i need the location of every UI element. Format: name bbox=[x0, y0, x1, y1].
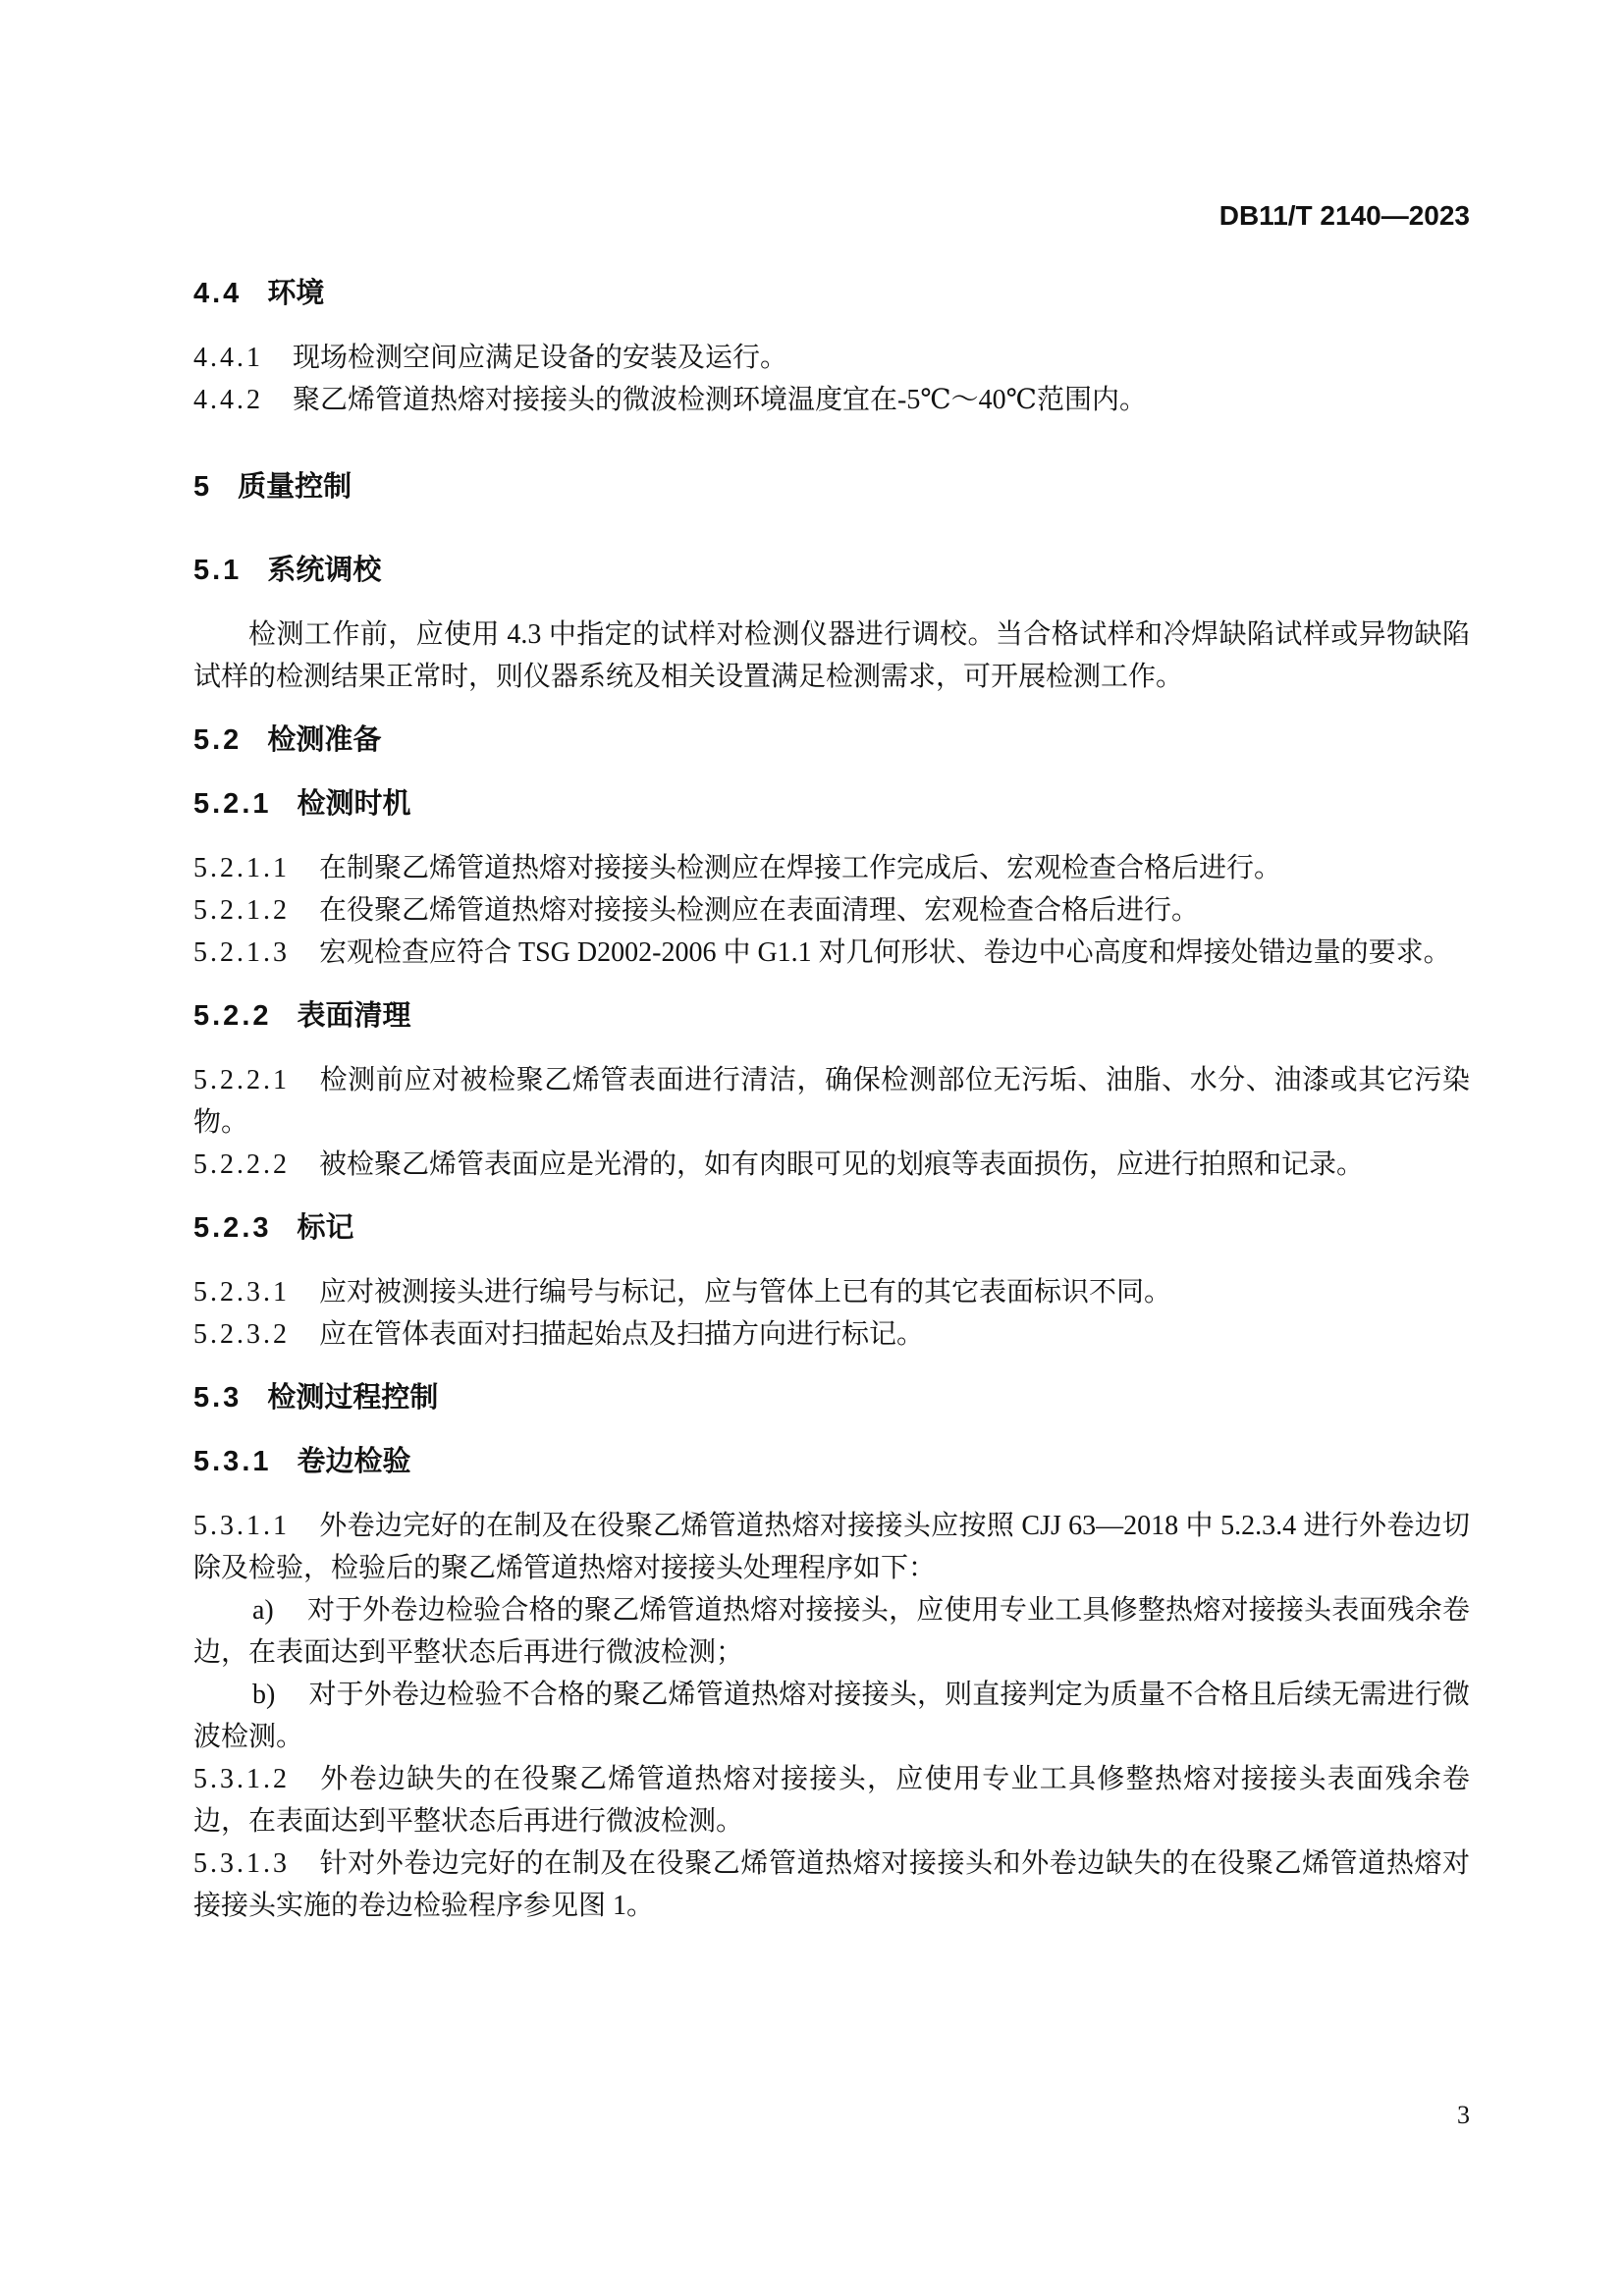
heading-5-3-1: 5.3.1卷边检验 bbox=[193, 1441, 1470, 1483]
clause-text: 在制聚乙烯管道热熔对接接头检测应在焊接工作完成后、宏观检查合格后进行。 bbox=[319, 853, 1281, 883]
clause-number: 4.4.2 bbox=[193, 385, 263, 415]
list-label: a) bbox=[252, 1595, 274, 1626]
document-page: DB11/T 2140—2023 4.4环境 4.4.1现场检测空间应满足设备的… bbox=[0, 0, 1624, 2296]
list-item-b: b)对于外卷边检验不合格的聚乙烯管道热熔对接接头，则直接判定为质量不合格且后续无… bbox=[193, 1674, 1470, 1758]
heading-4-4: 4.4环境 bbox=[193, 273, 1470, 315]
clause-text: 应对被测接头进行编号与标记，应与管体上已有的其它表面标识不同。 bbox=[319, 1277, 1171, 1308]
heading-5-2: 5.2检测准备 bbox=[193, 720, 1470, 762]
clause-number: 4.4.1 bbox=[193, 343, 263, 373]
heading-title: 检测时机 bbox=[298, 788, 411, 820]
heading-number: 5.1 bbox=[193, 555, 242, 586]
heading-title: 卷边检验 bbox=[298, 1446, 411, 1477]
clause-number: 5.3.1.1 bbox=[193, 1511, 290, 1541]
heading-number: 5.3.1 bbox=[193, 1446, 272, 1477]
clause-number: 5.2.1.2 bbox=[193, 895, 290, 926]
clause-4-4-2: 4.4.2聚乙烯管道热熔对接接头的微波检测环境温度宜在-5℃～40℃范围内。 bbox=[193, 379, 1470, 421]
clause-text: 现场检测空间应满足设备的安装及运行。 bbox=[293, 343, 787, 373]
clause-number: 5.2.1.3 bbox=[193, 937, 290, 968]
heading-number: 5.2 bbox=[193, 724, 242, 756]
heading-number: 5.2.1 bbox=[193, 788, 272, 820]
heading-number: 5.3 bbox=[193, 1382, 242, 1414]
heading-title: 检测过程控制 bbox=[267, 1382, 438, 1414]
heading-5-2-2: 5.2.2表面清理 bbox=[193, 995, 1470, 1038]
clause-text: 外卷边缺失的在役聚乙烯管道热熔对接接头，应使用专业工具修整热熔对接接头表面残余卷… bbox=[193, 1764, 1470, 1837]
heading-title: 表面清理 bbox=[298, 1000, 411, 1032]
page-header: DB11/T 2140—2023 bbox=[193, 201, 1470, 231]
clause-text: 检测前应对被检聚乙烯管表面进行清洁，确保检测部位无污垢、油脂、水分、油漆或其它污… bbox=[193, 1065, 1470, 1138]
doc-code: DB11/T 2140—2023 bbox=[1219, 200, 1470, 231]
clause-text: 聚乙烯管道热熔对接接头的微波检测环境温度宜在-5℃～40℃范围内。 bbox=[293, 385, 1147, 415]
heading-number: 5.2.3 bbox=[193, 1212, 272, 1244]
clause-text: 针对外卷边完好的在制及在役聚乙烯管道热熔对接接头和外卷边缺失的在役聚乙烯管道热熔… bbox=[193, 1848, 1470, 1921]
heading-5-1: 5.1系统调校 bbox=[193, 550, 1470, 592]
list-text: 对于外卷边检验合格的聚乙烯管道热熔对接接头，应使用专业工具修整热熔对接接头表面残… bbox=[193, 1595, 1470, 1668]
list-item-a: a)对于外卷边检验合格的聚乙烯管道热熔对接接头，应使用专业工具修整热熔对接接头表… bbox=[193, 1589, 1470, 1674]
heading-5-2-3: 5.2.3标记 bbox=[193, 1207, 1470, 1250]
clause-number: 5.2.3.2 bbox=[193, 1319, 290, 1350]
clause-number: 5.2.3.1 bbox=[193, 1277, 290, 1308]
clause-number: 5.2.2.1 bbox=[193, 1065, 290, 1095]
clause-text: 在役聚乙烯管道热熔对接接头检测应在表面清理、宏观检查合格后进行。 bbox=[319, 895, 1199, 926]
clause-5-2-3-1: 5.2.3.1应对被测接头进行编号与标记，应与管体上已有的其它表面标识不同。 bbox=[193, 1271, 1470, 1313]
paragraph-5-1: 检测工作前，应使用 4.3 中指定的试样对检测仪器进行调校。当合格试样和冷焊缺陷… bbox=[193, 614, 1470, 698]
clause-5-2-1-2: 5.2.1.2在役聚乙烯管道热熔对接接头检测应在表面清理、宏观检查合格后进行。 bbox=[193, 889, 1470, 932]
heading-number: 5.2.2 bbox=[193, 1000, 272, 1032]
clause-4-4-1: 4.4.1现场检测空间应满足设备的安装及运行。 bbox=[193, 337, 1470, 379]
clause-5-3-1-3: 5.3.1.3针对外卷边完好的在制及在役聚乙烯管道热熔对接接头和外卷边缺失的在役… bbox=[193, 1842, 1470, 1927]
page-number: 3 bbox=[1457, 2101, 1470, 2130]
list-label: b) bbox=[252, 1680, 275, 1710]
clause-number: 5.2.1.1 bbox=[193, 853, 290, 883]
heading-title: 系统调校 bbox=[267, 555, 381, 586]
clause-text: 被检聚乙烯管表面应是光滑的，如有肉眼可见的划痕等表面损伤，应进行拍照和记录。 bbox=[319, 1149, 1364, 1180]
clause-number: 5.3.1.2 bbox=[193, 1764, 290, 1794]
heading-5-2-1: 5.2.1检测时机 bbox=[193, 783, 1470, 826]
heading-number: 5 bbox=[193, 471, 212, 503]
heading-title: 质量控制 bbox=[238, 471, 352, 503]
clause-5-2-1-1: 5.2.1.1在制聚乙烯管道热熔对接接头检测应在焊接工作完成后、宏观检查合格后进… bbox=[193, 847, 1470, 889]
heading-title: 环境 bbox=[267, 278, 324, 309]
clause-text: 外卷边完好的在制及在役聚乙烯管道热熔对接接头应按照 CJJ 63—2018 中 … bbox=[193, 1511, 1470, 1583]
clause-number: 5.2.2.2 bbox=[193, 1149, 290, 1180]
clause-text: 应在管体表面对扫描起始点及扫描方向进行标记。 bbox=[319, 1319, 924, 1350]
heading-title: 检测准备 bbox=[267, 724, 381, 756]
heading-number: 4.4 bbox=[193, 278, 242, 309]
heading-title: 标记 bbox=[298, 1212, 354, 1244]
heading-5-3: 5.3检测过程控制 bbox=[193, 1377, 1470, 1419]
clause-text: 宏观检查应符合 TSG D2002-2006 中 G1.1 对几何形状、卷边中心… bbox=[319, 937, 1451, 968]
clause-5-3-1-1: 5.3.1.1外卷边完好的在制及在役聚乙烯管道热熔对接接头应按照 CJJ 63—… bbox=[193, 1505, 1470, 1589]
clause-5-2-2-2: 5.2.2.2被检聚乙烯管表面应是光滑的，如有肉眼可见的划痕等表面损伤，应进行拍… bbox=[193, 1144, 1470, 1186]
clause-number: 5.3.1.3 bbox=[193, 1848, 290, 1879]
clause-5-3-1-2: 5.3.1.2外卷边缺失的在役聚乙烯管道热熔对接接头，应使用专业工具修整热熔对接… bbox=[193, 1758, 1470, 1842]
clause-5-2-2-1: 5.2.2.1检测前应对被检聚乙烯管表面进行清洁，确保检测部位无污垢、油脂、水分… bbox=[193, 1059, 1470, 1144]
list-text: 对于外卷边检验不合格的聚乙烯管道热熔对接接头，则直接判定为质量不合格且后续无需进… bbox=[193, 1680, 1470, 1752]
paragraph-text: 检测工作前，应使用 4.3 中指定的试样对检测仪器进行调校。当合格试样和冷焊缺陷… bbox=[193, 619, 1470, 692]
clause-5-2-3-2: 5.2.3.2应在管体表面对扫描起始点及扫描方向进行标记。 bbox=[193, 1313, 1470, 1356]
heading-5: 5质量控制 bbox=[193, 466, 1470, 508]
clause-5-2-1-3: 5.2.1.3宏观检查应符合 TSG D2002-2006 中 G1.1 对几何… bbox=[193, 932, 1470, 974]
